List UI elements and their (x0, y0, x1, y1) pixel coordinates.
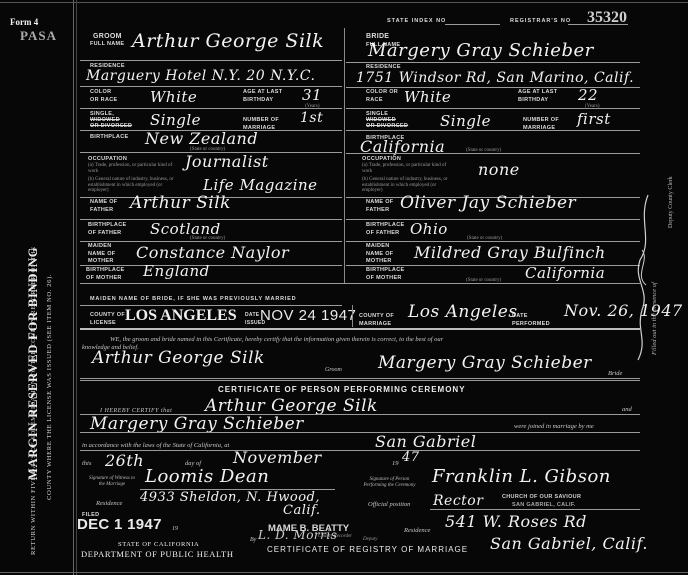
license-county-label: COUNTY OF LICENSE (90, 312, 125, 327)
groom-father-name: Arthur Silk (130, 193, 231, 213)
groom-occupation-b-hint: (b) General nature of industry, business… (88, 177, 183, 194)
department-label: DEPARTMENT OF PUBLIC HEALTH (81, 549, 234, 559)
groom-occupation: Journalist (185, 152, 269, 171)
groom-occupation-a-hint: (a) Trade, profession, or particular kin… (88, 163, 173, 174)
marriage-county-label: COUNTY OF MARRIAGE (359, 313, 397, 328)
groom-section-label: GROOM (93, 33, 122, 41)
officiant-residence-line2: San Gabriel, Calif. (490, 534, 648, 553)
bride-residence: 1751 Windsor Rd, San Marino, Calif. (356, 70, 634, 86)
ceremony-month: November (233, 448, 322, 467)
bride-mother-maiden-label: MAIDEN NAME OF MOTHER (366, 243, 404, 266)
groom-marriage-number: 1st (300, 110, 323, 126)
ceremony-place: San Gabriel (375, 432, 476, 451)
license-county: LOS ANGELES (125, 307, 237, 325)
row-line (80, 60, 342, 61)
row-line (346, 62, 640, 63)
bride-age: 22 (578, 86, 598, 104)
ceremony-groom-name: Arthur George Silk (205, 396, 378, 416)
ceremony-year: 47 (402, 450, 420, 465)
row-line (80, 432, 640, 433)
registrar-number: 35320 (587, 9, 627, 27)
clerk-label: Deputy County Clerk (668, 176, 674, 228)
clerk-signature-icon (628, 190, 658, 370)
form-number: Form 4 (10, 17, 38, 27)
bride-age-label: AGE AT LAST BIRTHDAY (518, 89, 568, 104)
groom-father-birthplace-label: BIRTHPLACE OF FATHER (88, 222, 136, 237)
groom-age: 31 (302, 86, 322, 104)
state-label: STATE OF CALIFORNIA (118, 541, 199, 548)
state-index-line (445, 24, 500, 25)
bride-signature: Margery Gray Schieber (378, 353, 592, 373)
bride-father-name: Oliver Jay Schieber (400, 193, 576, 213)
row-line (80, 305, 342, 306)
bride-father-birthplace-label: BIRTHPLACE OF FATHER (366, 222, 412, 237)
bride-mother-birthplace-label: BIRTHPLACE OF MOTHER (366, 267, 412, 282)
groom-birthplace-label: BIRTHPLACE (90, 134, 128, 142)
bride-mother-maiden: Mildred Gray Bulfinch (414, 243, 606, 262)
row-line (80, 450, 640, 451)
row-line (430, 509, 640, 510)
license-date-issued: NOV 24 1947 (260, 307, 356, 324)
date-performed-label: DATE PERFORMED (512, 313, 557, 328)
witness-residence-label: Residence (96, 500, 122, 507)
officiant-residence-label: Residence (404, 527, 430, 534)
officiant-position: Rector (433, 493, 483, 509)
section-rule (80, 328, 640, 330)
groom-status: Single (150, 111, 201, 129)
bride-prior-name-label: MAIDEN NAME OF BRIDE, IF SHE WAS PREVIOU… (90, 296, 296, 304)
row-line (80, 108, 342, 109)
officiant-label: Signature of Person Performing the Cerem… (362, 477, 417, 488)
groom-mother-maiden-label: MAIDEN NAME OF MOTHER (88, 243, 126, 266)
row-line (346, 108, 640, 109)
date-performed: Nov. 26, 1947 (564, 301, 683, 320)
marriage-certificate: Form 4 PASA MARGIN RESERVED FOR BINDING … (0, 0, 688, 575)
top-edge (0, 2, 688, 3)
bottom-edge (0, 572, 688, 573)
groom-mother-birthplace-label: BIRTHPLACE OF MOTHER (86, 267, 134, 282)
groom-signature: Arthur George Silk (92, 348, 265, 368)
bride-occupation-a-hint: (a) Trade, profession, or particular kin… (362, 163, 447, 174)
margin-instruction-2: COUNTY WHERE THE LICENSE WAS ISSUED (SEE… (46, 274, 53, 500)
position-label: Official position (368, 501, 410, 508)
bride-status: Single (440, 112, 491, 130)
row-line (346, 219, 640, 220)
groom-color: White (150, 88, 197, 106)
groom-mother-maiden: Constance Naylor (136, 243, 289, 262)
row-line (80, 241, 342, 242)
state-index-label: STATE INDEX NO (387, 18, 446, 26)
groom-signature-label: Groom (325, 367, 342, 373)
church-line2: SAN GABRIEL, CALIF. (512, 502, 576, 508)
form-code: PASA (20, 28, 57, 44)
row-line (346, 241, 640, 242)
groom-father-name-label: NAME OF FATHER (90, 199, 130, 214)
bride-signature-label: Bride (608, 370, 622, 377)
ceremony-day: 26th (105, 451, 144, 470)
bride-occupation-b-hint: (b) General nature of industry, business… (362, 177, 457, 194)
margin-divider (73, 0, 74, 575)
column-divider (344, 28, 345, 283)
deputy-signature: L. D. Morris (258, 528, 337, 542)
row-line (80, 265, 342, 266)
by-label: By (250, 537, 256, 543)
filed-date: DEC 1 1947 (77, 516, 162, 533)
row-line (80, 380, 640, 381)
row-line (346, 130, 640, 131)
groom-residence: Marguery Hotel N.Y. 20 N.Y.C. (86, 68, 315, 84)
officiant-signature: Franklin L. Gibson (432, 466, 611, 487)
year-prefix: 19 (392, 460, 399, 467)
row-line (346, 153, 640, 154)
bride-mother-birthplace-hint: (State or country) (466, 278, 501, 284)
groom-color-label: COLOR OR RACE (90, 89, 122, 104)
laws-label: in accordance with the laws of the State… (82, 442, 229, 449)
row-line (80, 378, 640, 379)
bride-marriage-number: first (577, 110, 611, 128)
joined-label: were joined in marriage by me (514, 423, 594, 430)
bride-full-name: Margery Gray Schieber (368, 40, 594, 61)
ceremony-bride-name: Margery Gray Schieber (90, 414, 304, 434)
deputy-label: Deputy (363, 537, 377, 542)
this-label: this (82, 460, 91, 467)
groom-employer: Life Magazine (203, 176, 318, 194)
license-divider (352, 305, 353, 327)
row-line (80, 283, 640, 284)
witness-residence-line2: Calif. (283, 503, 321, 518)
registrar-label: REGISTRAR'S NO (510, 18, 571, 26)
bride-mother-birthplace: California (525, 264, 605, 282)
margin-instruction-1: RETURN WITHIN FIVE DAYS OF SOLEMNIZATION… (30, 246, 37, 555)
church-line1: CHURCH OF OUR SAVIOUR (502, 494, 581, 500)
groom-birthplace: New Zealand (145, 129, 258, 148)
officiant-residence-line1: 541 W. Roses Rd (445, 512, 587, 531)
certificate-title: CERTIFICATE OF REGISTRY OF MARRIAGE (267, 545, 468, 554)
bride-color: White (404, 88, 451, 106)
margin-divider-2 (76, 0, 77, 575)
witness-signature: Loomis Dean (145, 466, 269, 487)
declaration-text-1: WE, the groom and bride named in this Ce… (110, 336, 443, 343)
groom-age-label: AGE AT LAST BIRTHDAY (243, 89, 293, 104)
groom-full-name-label: FULL NAME (90, 41, 124, 49)
bride-occupation: none (478, 160, 520, 179)
groom-full-name: Arthur George Silk (132, 30, 324, 52)
marriage-county: Los Angeles (408, 302, 518, 322)
groom-mother-birthplace: England (143, 262, 210, 280)
witness-label: Signature of Witness to the Marriage (88, 476, 136, 487)
filed-year-suffix: 19 (172, 526, 178, 532)
and-label: and (622, 406, 632, 413)
bride-father-birthplace: Ohio (410, 220, 448, 238)
bride-color-label: COLOR OR RACE (366, 89, 400, 104)
ceremony-title: CERTIFICATE OF PERSON PERFORMING CEREMON… (218, 385, 466, 394)
